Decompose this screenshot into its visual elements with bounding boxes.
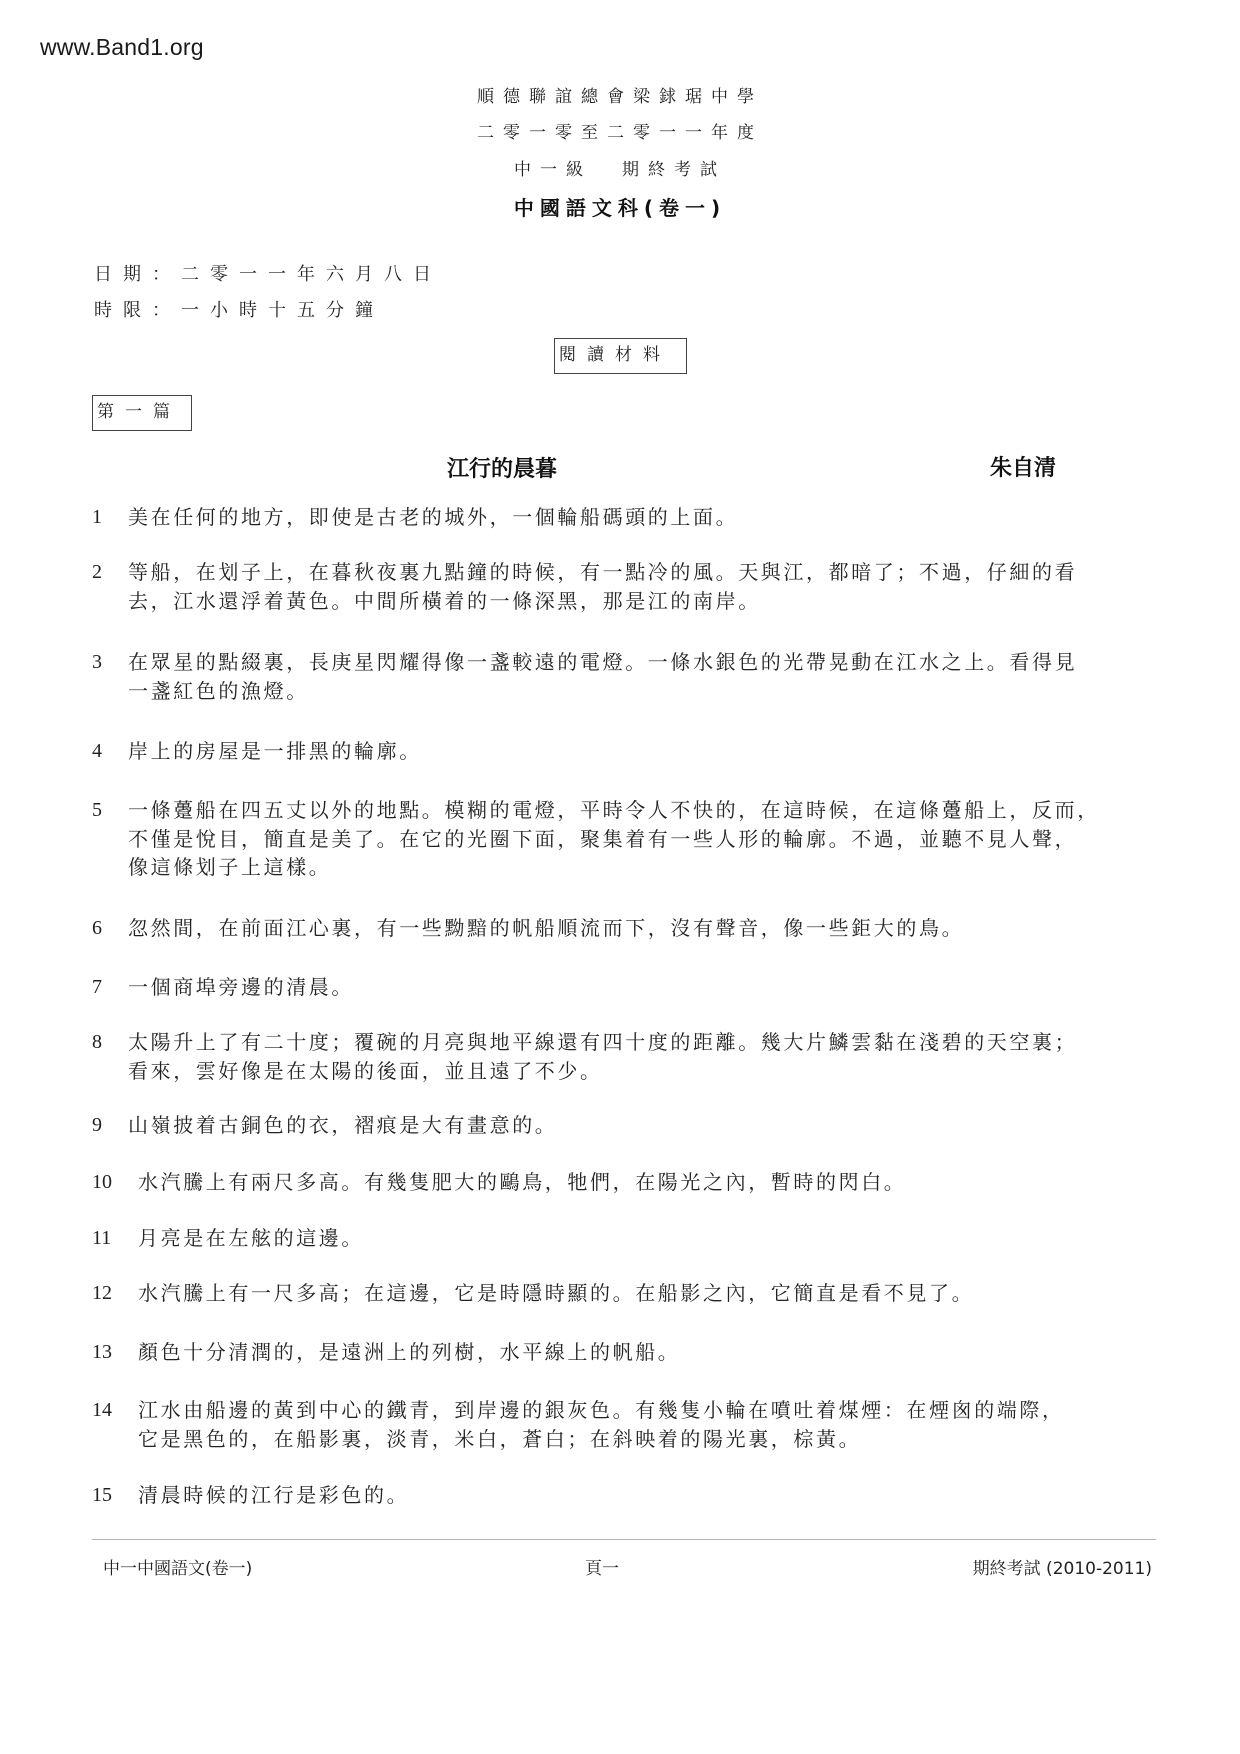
paragraph: 14江水由船邊的黃到中心的鐵青，到岸邊的銀灰色。有幾隻小輪在噴吐着煤煙：在煙囪的… <box>92 1396 1162 1453</box>
paragraph: 11月亮是在左舷的這邊。 <box>92 1224 1162 1253</box>
paragraph: 5一條躉船在四五丈以外的地點。模糊的電燈，平時令人不快的，在這時候，在這條躉船上… <box>92 796 1162 882</box>
form-level: 中一級 <box>514 160 592 180</box>
paragraph-line: 等船，在划子上，在暮秋夜裏九點鐘的時候，有一點冷的風。天與江，都暗了；不過，仔細… <box>128 558 1162 587</box>
paragraph-number: 3 <box>92 648 122 677</box>
academic-year: 二零一零至二零一一年度 <box>0 123 1240 143</box>
footer-divider <box>92 1539 1156 1540</box>
paragraph-line: 一條躉船在四五丈以外的地點。模糊的電燈，平時令人不快的，在這時候，在這條躉船上，… <box>128 796 1162 825</box>
exam-date: 日期：二零一一年六月八日 <box>94 264 442 286</box>
paragraph-number: 4 <box>92 737 122 766</box>
paragraph-line: 像這條划子上這樣。 <box>128 853 1162 882</box>
paragraph-number: 1 <box>92 503 122 532</box>
paragraph-line: 清晨時候的江行是彩色的。 <box>138 1481 1162 1510</box>
article-title: 江行的晨暮 <box>447 456 557 482</box>
section-label: 第一篇 <box>92 395 192 431</box>
paragraph: 7一個商埠旁邊的清晨。 <box>92 973 1162 1002</box>
exam-type: 期終考試 <box>622 160 726 180</box>
paragraph: 12水汽騰上有一尺多高；在這邊，它是時隱時顯的。在船影之內，它簡直是看不見了。 <box>92 1279 1162 1308</box>
paragraph: 2等船，在划子上，在暮秋夜裏九點鐘的時候，有一點冷的風。天與江，都暗了；不過，仔… <box>92 558 1162 615</box>
paragraph-line: 在眾星的點綴裏，長庚星閃耀得像一盞較遠的電燈。一條水銀色的光帶晃動在江水之上。看… <box>128 648 1162 677</box>
paragraph-number: 7 <box>92 973 122 1002</box>
school-name: 順德聯誼總會梁銶琚中學 <box>0 87 1240 107</box>
paragraph-line: 看來，雲好像是在太陽的後面，並且遠了不少。 <box>128 1057 1162 1086</box>
paragraph-number: 11 <box>92 1224 132 1253</box>
paragraph-number: 9 <box>92 1111 122 1140</box>
footer-exam: 期終考試 (2010-2011) <box>973 1558 1152 1580</box>
paragraph-line: 去，江水還浮着黃色。中間所橫着的一條深黑，那是江的南岸。 <box>128 587 1162 616</box>
paragraph-line: 水汽騰上有一尺多高；在這邊，它是時隱時顯的。在船影之內，它簡直是看不見了。 <box>138 1279 1162 1308</box>
paragraph-line: 忽然間，在前面江心裏，有一些黝黯的帆船順流而下，沒有聲音，像一些鉅大的鳥。 <box>128 914 1162 943</box>
paragraph-number: 14 <box>92 1396 132 1425</box>
paragraph-number: 2 <box>92 558 122 587</box>
paragraph: 6忽然間，在前面江心裏，有一些黝黯的帆船順流而下，沒有聲音，像一些鉅大的鳥。 <box>92 914 1162 943</box>
paragraph-line: 水汽騰上有兩尺多高。有幾隻肥大的鷗鳥，牠們，在陽光之內，暫時的閃白。 <box>138 1168 1162 1197</box>
paragraph-number: 15 <box>92 1481 132 1510</box>
exam-duration: 時限：一小時十五分鐘 <box>94 300 384 322</box>
paragraph: 15清晨時候的江行是彩色的。 <box>92 1481 1162 1510</box>
paragraph-line: 美在任何的地方，即使是古老的城外，一個輪船碼頭的上面。 <box>128 503 1162 532</box>
paragraph-number: 12 <box>92 1279 132 1308</box>
paragraph: 9山嶺披着古銅色的衣，褶痕是大有畫意的。 <box>92 1111 1162 1140</box>
paragraph-line: 不僅是悅目，簡直是美了。在它的光圈下面，聚集着有一些人形的輪廓。不過，並聽不見人… <box>128 825 1162 854</box>
article-author: 朱自清 <box>990 456 1056 482</box>
paragraph-line: 顏色十分清潤的，是遠洲上的列樹，水平線上的帆船。 <box>138 1338 1162 1367</box>
paragraph-line: 月亮是在左舷的這邊。 <box>138 1224 1162 1253</box>
paragraph: 13顏色十分清潤的，是遠洲上的列樹，水平線上的帆船。 <box>92 1338 1162 1367</box>
paragraph: 3在眾星的點綴裏，長庚星閃耀得像一盞較遠的電燈。一條水銀色的光帶晃動在江水之上。… <box>92 648 1162 705</box>
paragraph-number: 8 <box>92 1028 122 1057</box>
footer-course: 中一中國語文(卷一) <box>103 1558 252 1580</box>
paragraph-number: 6 <box>92 914 122 943</box>
paragraph-line: 一個商埠旁邊的清晨。 <box>128 973 1162 1002</box>
paragraph: 1美在任何的地方，即使是古老的城外，一個輪船碼頭的上面。 <box>92 503 1162 532</box>
paragraph: 10水汽騰上有兩尺多高。有幾隻肥大的鷗鳥，牠們，在陽光之內，暫時的閃白。 <box>92 1168 1162 1197</box>
paragraph-line: 它是黑色的，在船影裏，淡青，米白，蒼白；在斜映着的陽光裏，棕黃。 <box>138 1425 1162 1454</box>
paragraph-line: 山嶺披着古銅色的衣，褶痕是大有畫意的。 <box>128 1111 1162 1140</box>
subject-title: 中國語文科(卷一) <box>0 196 1240 220</box>
watermark: www.Band1.org <box>40 34 204 61</box>
reading-material-label: 閱讀材料 <box>554 338 687 374</box>
paragraph-number: 13 <box>92 1338 132 1367</box>
paragraph-line: 一盞紅色的漁燈。 <box>128 677 1162 706</box>
paragraph: 4岸上的房屋是一排黑的輪廓。 <box>92 737 1162 766</box>
paragraph: 8太陽升上了有二十度；覆碗的月亮與地平線還有四十度的距離。幾大片鱗雲黏在淺碧的天… <box>92 1028 1162 1085</box>
paragraph-line: 岸上的房屋是一排黑的輪廓。 <box>128 737 1162 766</box>
footer-page-number: 頁一 <box>585 1558 619 1580</box>
paragraph-number: 5 <box>92 796 122 825</box>
exam-heading: 中一級期終考試 <box>0 160 1240 180</box>
paragraph-line: 太陽升上了有二十度；覆碗的月亮與地平線還有四十度的距離。幾大片鱗雲黏在淺碧的天空… <box>128 1028 1162 1057</box>
paragraph-line: 江水由船邊的黃到中心的鐵青，到岸邊的銀灰色。有幾隻小輪在噴吐着煤煙：在煙囪的端際… <box>138 1396 1162 1425</box>
paragraph-number: 10 <box>92 1168 132 1197</box>
